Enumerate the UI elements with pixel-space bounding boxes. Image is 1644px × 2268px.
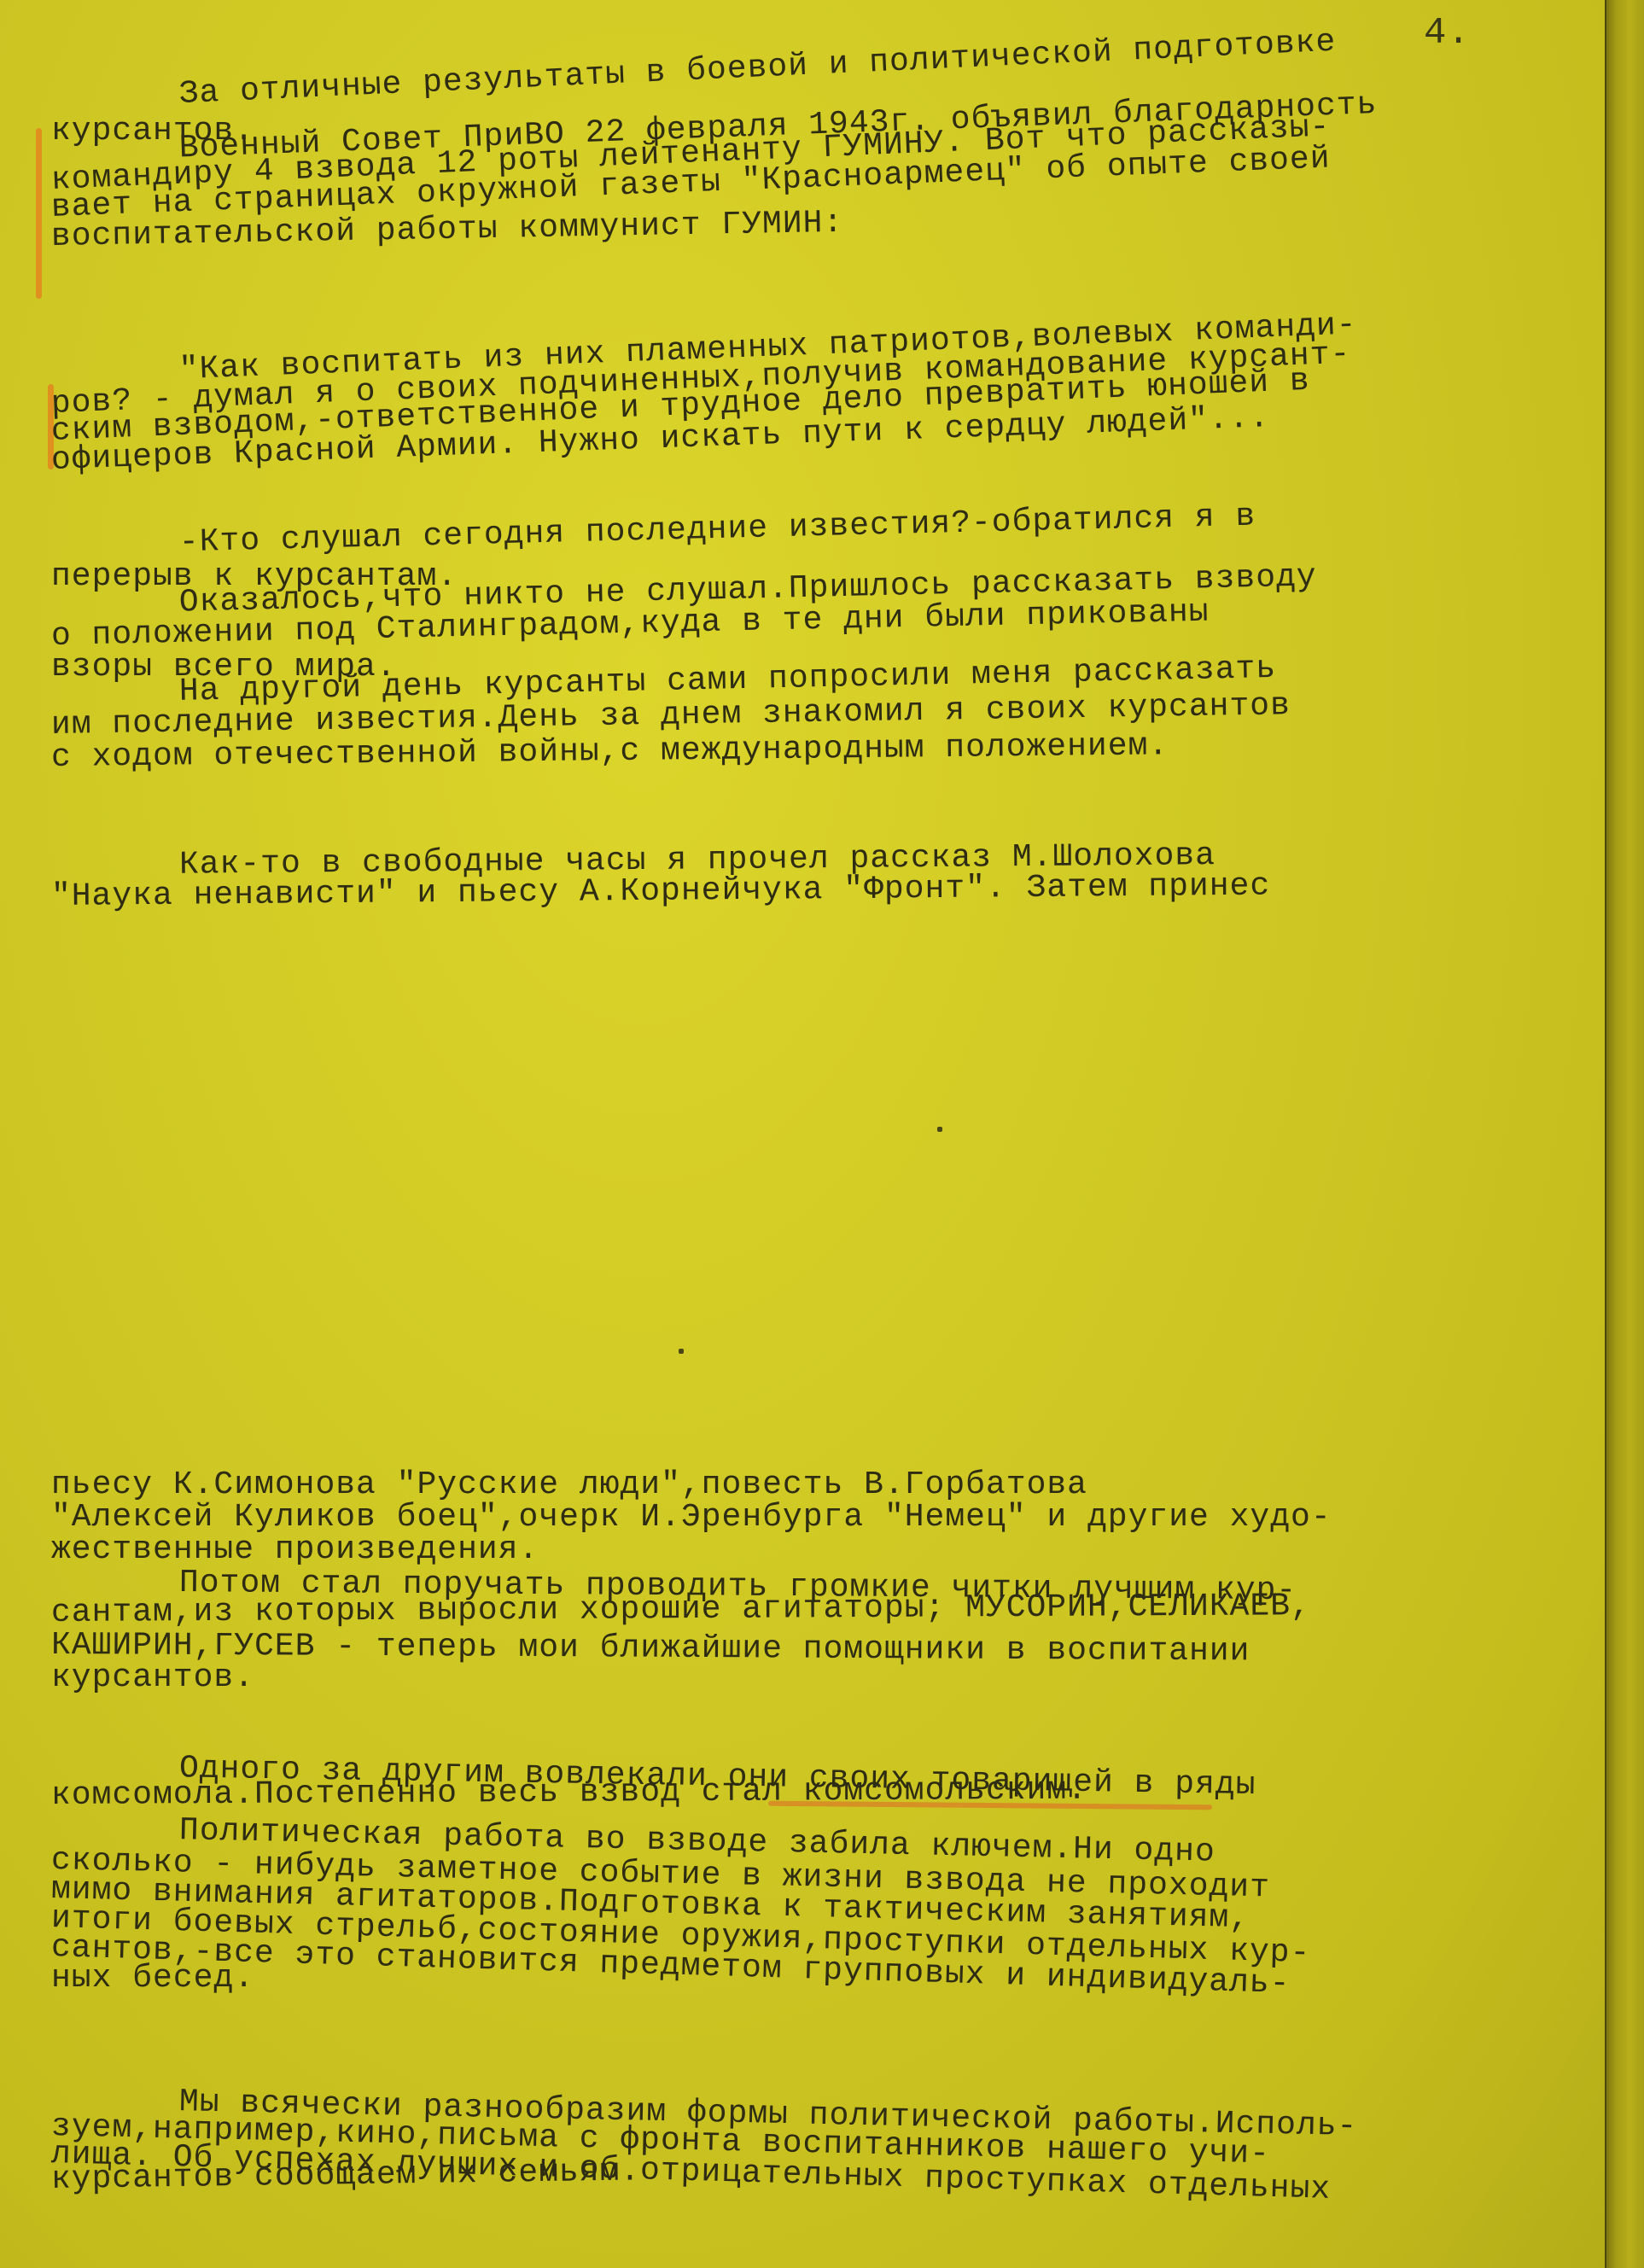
text-line: -Кто слушал сегодня последние известия?-… — [51, 493, 1554, 563]
paragraph-award: За отличные результаты в боевой и полити… — [51, 67, 1554, 254]
text-line: пьесу К.Симонова "Русские люди",повесть … — [51, 1468, 1554, 1502]
text-line: жественные произведения. — [51, 1533, 1554, 1567]
text-line: КАШИРИН,ГУСЕВ - теперь мои ближайшие пом… — [51, 1629, 1554, 1670]
typewritten-document: 4. За отличные результаты в боевой и пол… — [0, 0, 1605, 2268]
paper-speck — [679, 1349, 684, 1354]
paragraph-literature: пьесу К.Симонова "Русские люди",повесть … — [51, 1468, 1554, 1695]
paragraph-methods: Мы всячески разнообразим формы политичес… — [51, 2083, 1554, 2197]
paper-speck — [937, 1127, 942, 1132]
text-line: комсомола.Постепенно весь взвод стал ком… — [51, 1771, 1554, 1813]
text-line: сантам,из которых выросли хорошие агитат… — [51, 1589, 1554, 1630]
text-line: "Алексей Куликов боец",очерк И.Эренбурга… — [51, 1501, 1554, 1535]
paragraph-quote: "Как воспитать из них пламенных патриото… — [51, 341, 1554, 478]
margin-pencil-mark — [36, 128, 42, 299]
paragraph-komsomol: Одного за другим вовлекали они своих тов… — [51, 1750, 1554, 1996]
paragraph-news: -Кто слушал сегодня последние известия?-… — [51, 529, 1554, 775]
paragraph-reading: Как-то в свободные часы я прочел рассказ… — [51, 849, 1554, 914]
page-binding-edge — [1605, 0, 1644, 2268]
